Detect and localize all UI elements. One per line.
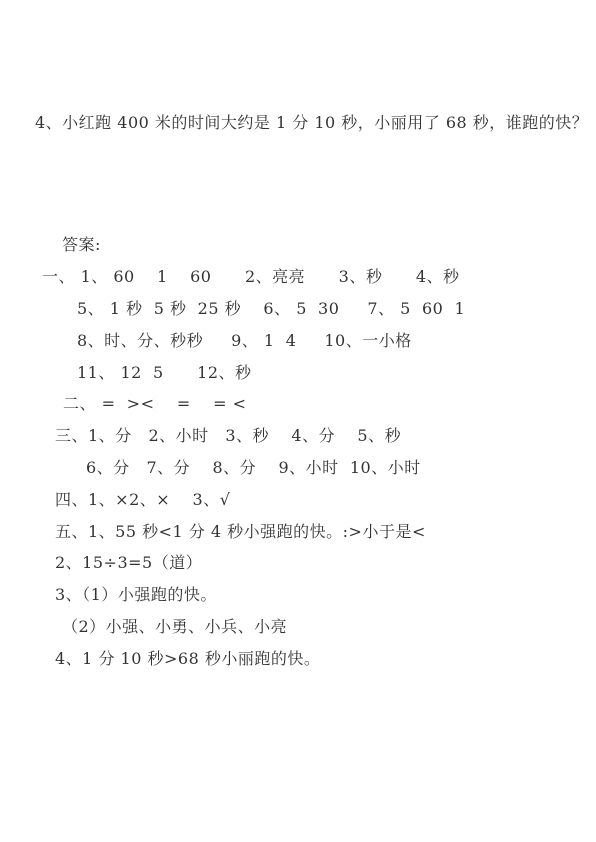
answer-line-section5-3b: （2）小强、小勇、小兵、小亮	[62, 616, 287, 638]
answers-heading: 答案:	[62, 234, 101, 256]
answer-line-section4: 四、1、×2、× 3、√	[55, 489, 230, 511]
answer-line-section1-2: 5、 1 秒 5 秒 25 秒 6、 5 30 7、 5 60 1	[77, 298, 465, 320]
answer-line-section5-3: 3、（1）小强跑的快。	[55, 584, 217, 606]
answer-line-section3-1: 三、1、分 2、小时 3、秒 4、分 5、秒	[55, 425, 401, 447]
answer-line-section1-3: 8、时、分、秒秒 9、 1 4 10、一小格	[77, 330, 412, 352]
question-4-text: 4、小红跑 400 米的时间大约是 1 分 10 秒，小丽用了 68 秒，谁跑的…	[35, 112, 588, 134]
worksheet-page: 4、小红跑 400 米的时间大约是 1 分 10 秒，小丽用了 68 秒，谁跑的…	[0, 0, 596, 842]
answer-line-section5-4: 4、1 分 10 秒>68 秒小丽跑的快。	[55, 648, 320, 670]
answer-line-section2: 二、 = >< = = <	[63, 393, 246, 415]
answer-line-section3-2: 6、分 7、分 8、分 9、小时 10、小时	[86, 457, 421, 479]
answer-line-section1-4: 11、 12 5 12、秒	[77, 362, 252, 384]
answer-line-section1-1: 一、 1、 60 1 60 2、亮亮 3、秒 4、秒	[42, 266, 460, 288]
answer-line-section5-2: 2、15÷3=5（道）	[55, 552, 202, 574]
answer-line-section5-1: 五、1、55 秒<1 分 4 秒小强跑的快。:>小于是<	[55, 521, 426, 543]
